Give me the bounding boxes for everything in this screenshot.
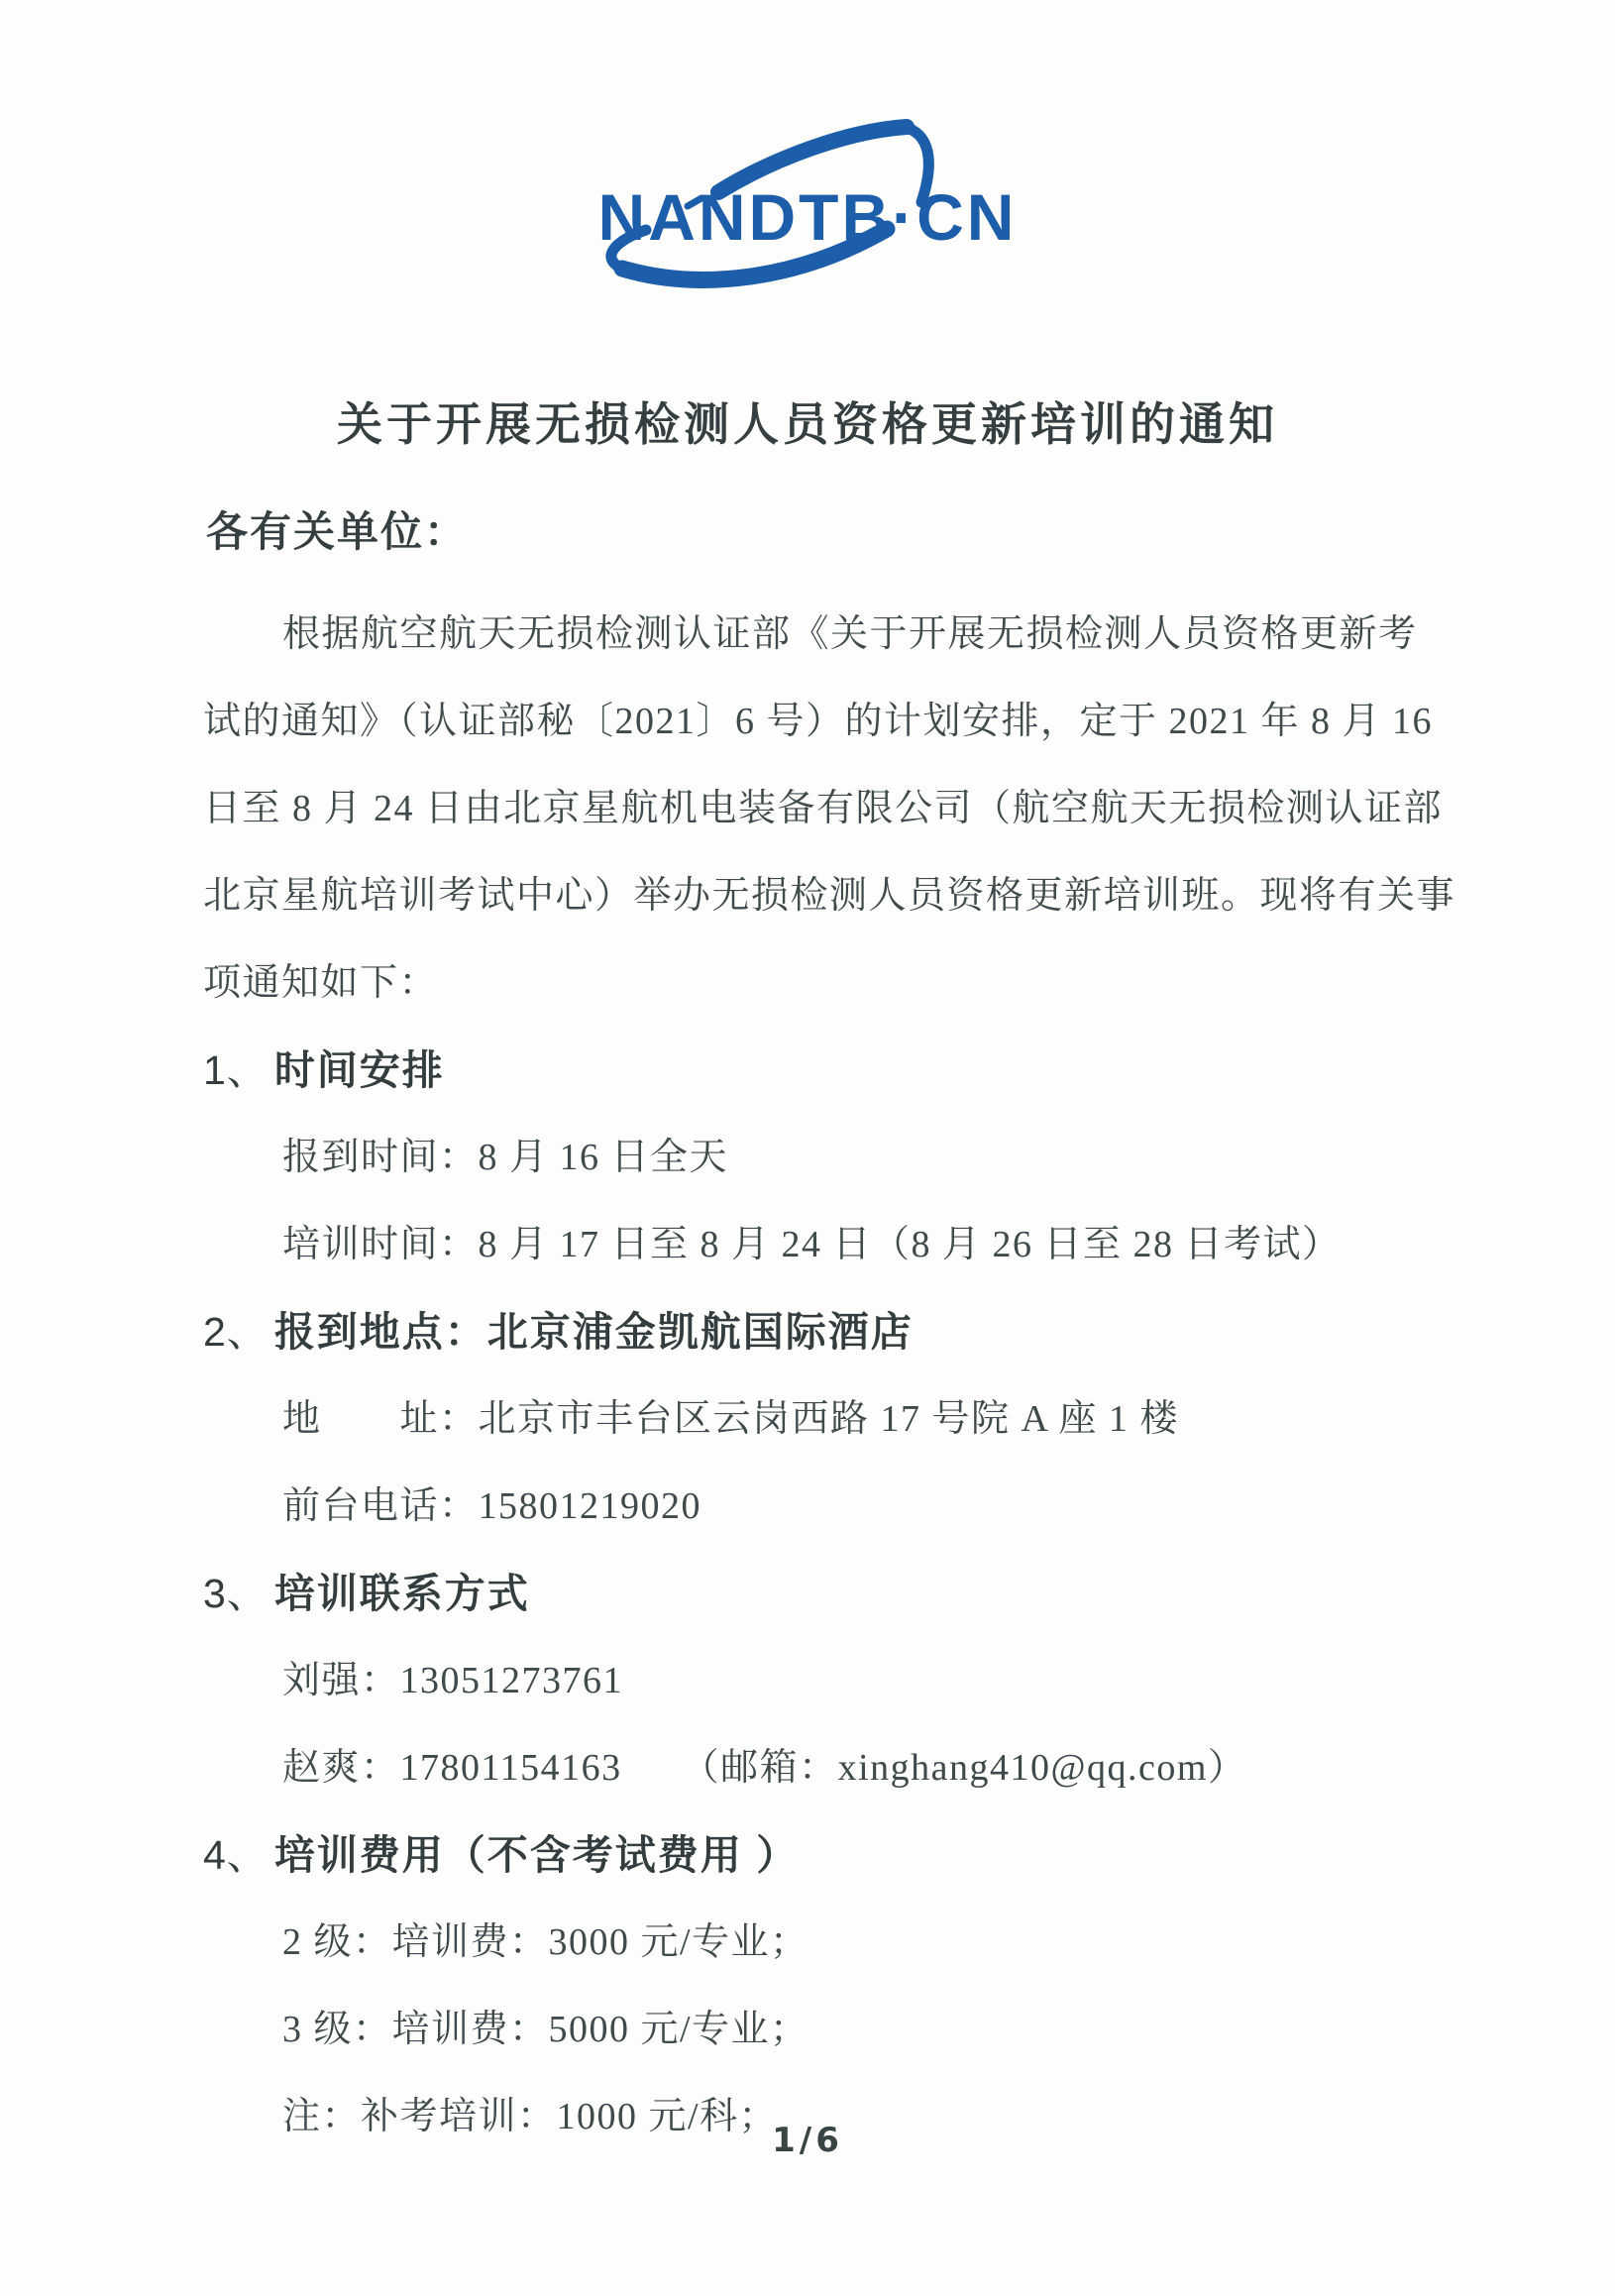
nandtb-logo-graphic: NANDTB·CN	[495, 81, 1120, 291]
document-body: 根据航空航天无损检测认证部《关于开展无损检测人员资格更新考 试的通知》（认证部秘…	[203, 591, 1422, 2160]
logo-wordmark: NANDTB·CN	[598, 180, 1018, 254]
section-heading-3: 3、培训联系方式	[203, 1550, 1422, 1637]
section-line: 2 级：培训费：3000 元/专业；	[203, 1899, 1422, 1986]
section-line: 赵爽：17801154163 （邮箱：xinghang410@qq.com）	[203, 1724, 1422, 1811]
section-number: 4、	[203, 1832, 269, 1878]
page-title: 关于开展无损检测人员资格更新培训的通知	[0, 388, 1615, 454]
section-line: 前台电话：15801219020	[203, 1463, 1422, 1550]
section-heading-4: 4、培训费用（不含考试费用 ）	[203, 1811, 1422, 1899]
section-heading-2: 2、报到地点：北京浦金凯航国际酒店	[203, 1288, 1422, 1375]
page-number: 1/6	[0, 2121, 1615, 2160]
section-heading-1: 1、时间安排	[203, 1027, 1422, 1114]
intro-line: 项通知如下：	[203, 939, 1422, 1027]
section-line: 刘强：13051273761	[203, 1637, 1422, 1724]
section-line: 报到时间：8 月 16 日全天	[203, 1114, 1422, 1201]
document-page: NANDTB·CN 关于开展无损检测人员资格更新培训的通知 各有关单位： 根据航…	[0, 0, 1615, 2296]
section-heading-label: 报到地点：北京浦金凯航国际酒店	[274, 1309, 914, 1355]
section-number: 3、	[203, 1571, 269, 1616]
salutation: 各有关单位：	[206, 499, 468, 559]
section-line: 3 级：培训费：5000 元/专业；	[203, 1986, 1422, 2073]
section-number: 1、	[203, 1047, 269, 1093]
section-heading-label: 时间安排	[274, 1047, 445, 1093]
intro-line: 根据航空航天无损检测认证部《关于开展无损检测人员资格更新考	[203, 591, 1422, 678]
intro-line: 北京星航培训考试中心）举办无损检测人员资格更新培训班。现将有关事	[203, 852, 1422, 939]
section-heading-label: 培训联系方式	[274, 1571, 530, 1616]
section-heading-label: 培训费用（不含考试费用 ）	[274, 1832, 799, 1878]
logo: NANDTB·CN	[0, 81, 1615, 291]
section-line: 地 址：北京市丰台区云岗西路 17 号院 A 座 1 楼	[203, 1375, 1422, 1463]
intro-line: 日至 8 月 24 日由北京星航机电装备有限公司（航空航天无损检测认证部	[203, 765, 1422, 852]
section-line: 培训时间：8 月 17 日至 8 月 24 日（8 月 26 日至 28 日考试…	[203, 1201, 1422, 1288]
section-number: 2、	[203, 1309, 269, 1355]
intro-line: 试的通知》（认证部秘〔2021〕6 号）的计划安排，定于 2021 年 8 月 …	[203, 678, 1422, 765]
